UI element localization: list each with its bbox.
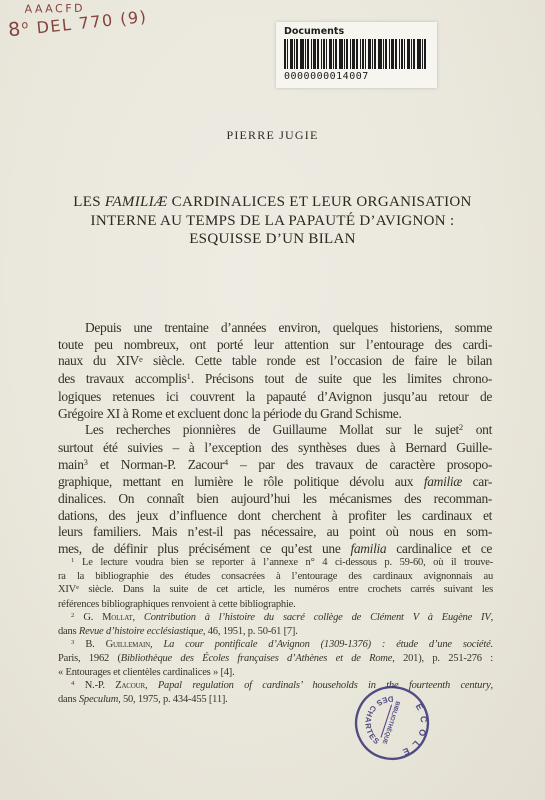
text-line: Les recherches pionnières de Guillaume M… bbox=[58, 422, 492, 440]
text-line: dinalices. On connaît bien aujourd’hui l… bbox=[58, 491, 492, 508]
text-line: toute peu nombreux, ont porté leur atten… bbox=[58, 337, 492, 354]
article-title: LES FAMILIÆ CARDINALICES ET LEUR ORGANIS… bbox=[30, 193, 515, 249]
body-text: Depuis une trentaine d’années environ, q… bbox=[58, 320, 492, 558]
text-line: ESQUISSE D’UN BILAN bbox=[30, 230, 515, 249]
handwritten-shelfmark: AAACFD 8o DEL 770 (9) bbox=[7, 0, 148, 41]
text-line: 1 Le lecture voudra bien se reporter à l… bbox=[58, 556, 493, 570]
text-line: main3 et Norman-P. Zacour4 – par des tra… bbox=[58, 457, 492, 475]
stamp-graphic: E C O L E DES CHARTES BIBLIOTHÈQUE bbox=[343, 674, 441, 772]
text-line: « Entourages et clientèles cardinalices … bbox=[58, 666, 493, 679]
text-line: dations, des jeux d’influence dont cherc… bbox=[58, 508, 492, 525]
text-line: surtout été suivies – à l’exception des … bbox=[58, 440, 492, 457]
text-line: dans Revue d’histoire ecclésiastique, 46… bbox=[58, 625, 493, 638]
text-line: Grégoire XI à Rome et excluent donc la p… bbox=[58, 406, 492, 423]
text-line: INTERNE AU TEMPS DE LA PAPAUTÉ D’AVIGNON… bbox=[30, 212, 515, 231]
text-line: Depuis une trentaine d’années environ, q… bbox=[58, 320, 492, 337]
text-line: logiques retenues ici couvrent la papaut… bbox=[58, 389, 492, 406]
barcode-sticker: Documents 0000000014007 bbox=[276, 22, 437, 88]
text-line: XIVe siècle. Dans la suite de cet articl… bbox=[58, 583, 493, 597]
svg-text:E C O L E: E C O L E bbox=[398, 700, 437, 763]
stamp-text-ecole: E C O L E bbox=[398, 700, 437, 763]
text-line: des travaux accomplis1. Précisons tout d… bbox=[58, 371, 492, 389]
barcode-number: 0000000014007 bbox=[284, 71, 437, 82]
text-line: ra la bibliographie des études consacrée… bbox=[58, 570, 493, 583]
text-line: 3 B. Guillemain, La cour pontificale d’A… bbox=[58, 638, 493, 652]
text-line: leurs familiers. Mais n’est-il pas néces… bbox=[58, 524, 492, 541]
text-line: graphique, mettant en lumière le rôle po… bbox=[58, 474, 492, 491]
barcode-icon bbox=[284, 39, 429, 69]
scanned-page: { "page": {"background": "#eae7dc", "ink… bbox=[0, 0, 545, 800]
text-line: Paris, 1962 (Bibliothèque des Écoles fra… bbox=[58, 652, 493, 665]
text-line: références bibliographiques renvoient à … bbox=[58, 598, 493, 611]
library-stamp: E C O L E DES CHARTES BIBLIOTHÈQUE bbox=[353, 684, 431, 762]
barcode-label-text: Documents bbox=[284, 26, 437, 37]
text-line: LES FAMILIÆ CARDINALICES ET LEUR ORGANIS… bbox=[30, 193, 515, 212]
author-name: PIERRE JUGIE bbox=[0, 128, 545, 143]
text-line: naux du XIVe siècle. Cette table ronde e… bbox=[58, 353, 492, 371]
text-line: 2 G. Mollat, Contribution à l’histoire d… bbox=[58, 611, 493, 625]
